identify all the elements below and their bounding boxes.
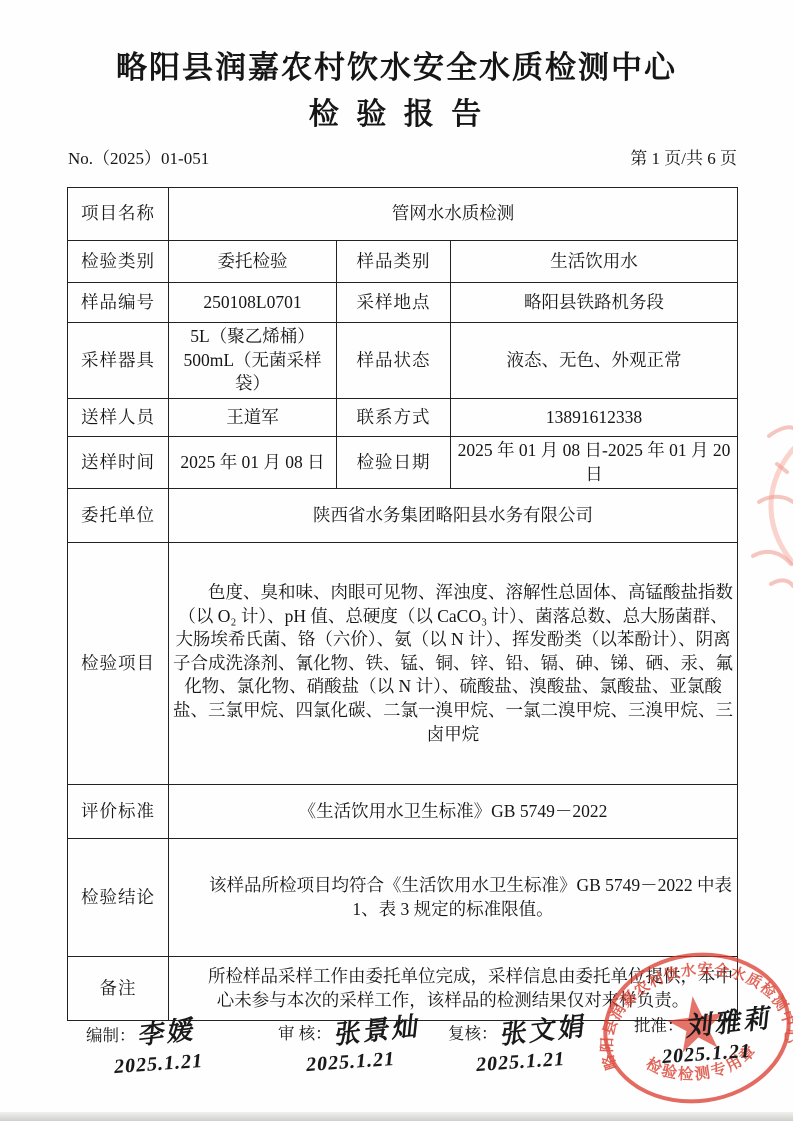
signature-label: 编制： bbox=[86, 1026, 136, 1045]
table-row: 送样人员 王道军 联系方式 13891612338 bbox=[68, 398, 738, 436]
table-row: 检验项目 色度、臭和味、肉眼可见物、浑浊度、溶解性总固体、高锰酸盐指数（以 O₂… bbox=[68, 543, 738, 785]
field-label-send-time: 送样时间 bbox=[68, 436, 169, 488]
table-row: 采样器具 5L（聚乙烯桶） 500mL（无菌采样袋） 样品状态 液态、无色、外观… bbox=[68, 323, 738, 399]
signature-label: 复核： bbox=[448, 1024, 498, 1043]
edge-seal-fragment-icon bbox=[741, 406, 793, 611]
table-row: 样品编号 250108L0701 采样地点 略阳县铁路机务段 bbox=[68, 283, 738, 323]
table-row: 送样时间 2025 年 01 月 08 日 检验日期 2025 年 01 月 0… bbox=[68, 436, 738, 488]
field-value-sampling-site: 略阳县铁路机务段 bbox=[451, 283, 738, 323]
signature-block-audited-by: 审 核：张景灿 2025.1.21 bbox=[278, 1010, 422, 1074]
signature-date: 2025.1.21 bbox=[661, 1040, 752, 1069]
report-page: 略阳县润嘉农村饮水安全水质检测中心 检 验 报 告 No.（2025）01-05… bbox=[0, 0, 793, 1121]
field-value-items: 色度、臭和味、肉眼可见物、浑浊度、溶解性总固体、高锰酸盐指数（以 O₂ 计）、p… bbox=[169, 543, 738, 785]
field-label-sample-no: 样品编号 bbox=[68, 283, 169, 323]
field-value-sample-state: 液态、无色、外观正常 bbox=[451, 323, 738, 399]
signature-name: 张文娟 bbox=[499, 1005, 589, 1052]
field-label-sample-state: 样品状态 bbox=[337, 323, 451, 399]
field-value-sample-no: 250108L0701 bbox=[169, 283, 337, 323]
center-name: 略阳县润嘉农村饮水安全水质检测中心 bbox=[0, 42, 793, 87]
report-table: 项目名称 管网水水质检测 检验类别 委托检验 样品类别 生活饮用水 样品编号 2… bbox=[67, 187, 738, 1021]
doc-meta-row: No.（2025）01-051 第 1 页/共 6 页 bbox=[68, 144, 737, 169]
field-value-client: 陕西省水务集团略阳县水务有限公司 bbox=[169, 489, 738, 543]
field-value-contact: 13891612338 bbox=[451, 398, 738, 436]
field-value-conclusion: 该样品所检项目均符合《生活饮用水卫生标准》GB 5749－2022 中表 1、表… bbox=[169, 839, 738, 957]
field-label-contact: 联系方式 bbox=[337, 398, 451, 436]
signature-block-approved-by: 批准：刘雅莉 2025.1.21 bbox=[634, 1002, 774, 1066]
field-value-sampling-tools: 5L（聚乙烯桶） 500mL（无菌采样袋） bbox=[169, 323, 337, 399]
signature-block-prepared-by: 编制：李媛 2025.1.21 bbox=[86, 1012, 203, 1076]
signature-name: 刘雅莉 bbox=[685, 997, 775, 1044]
field-value-inspection-type: 委托检验 bbox=[169, 241, 337, 283]
field-value-sender: 王道军 bbox=[169, 398, 337, 436]
signature-date: 2025.1.21 bbox=[305, 1048, 396, 1077]
signature-label: 批准： bbox=[634, 1016, 684, 1035]
field-label-items: 检验项目 bbox=[68, 543, 169, 785]
signature-name: 张景灿 bbox=[333, 1005, 423, 1052]
field-label-client: 委托单位 bbox=[68, 489, 169, 543]
field-value-project-name: 管网水水质检测 bbox=[169, 188, 738, 241]
signature-block-rechecked-by: 复核：张文娟 2025.1.21 bbox=[448, 1010, 588, 1074]
table-row: 委托单位 陕西省水务集团略阳县水务有限公司 bbox=[68, 489, 738, 543]
signature-date: 2025.1.21 bbox=[475, 1048, 566, 1077]
signature-name: 李媛 bbox=[137, 1009, 199, 1053]
field-value-test-date: 2025 年 01 月 08 日-2025 年 01 月 20 日 bbox=[451, 436, 738, 488]
field-label-sampling-site: 采样地点 bbox=[337, 283, 451, 323]
field-label-standard: 评价标准 bbox=[68, 785, 169, 839]
table-row: 评价标准 《生活饮用水卫生标准》GB 5749－2022 bbox=[68, 785, 738, 839]
field-label-sample-type: 样品类别 bbox=[337, 241, 451, 283]
page-number: 第 1 页/共 6 页 bbox=[630, 144, 737, 169]
field-value-standard: 《生活饮用水卫生标准》GB 5749－2022 bbox=[169, 785, 738, 839]
field-label-sender: 送样人员 bbox=[68, 398, 169, 436]
table-row: 项目名称 管网水水质检测 bbox=[68, 188, 738, 241]
signature-label: 审 核： bbox=[278, 1024, 332, 1043]
scan-edge bbox=[0, 1112, 793, 1121]
table-row: 检验类别 委托检验 样品类别 生活饮用水 bbox=[68, 241, 738, 283]
doc-number: No.（2025）01-051 bbox=[68, 144, 209, 169]
field-label-project-name: 项目名称 bbox=[68, 188, 169, 241]
signature-date: 2025.1.21 bbox=[113, 1050, 204, 1079]
table-row: 检验结论 该样品所检项目均符合《生活饮用水卫生标准》GB 5749－2022 中… bbox=[68, 839, 738, 957]
field-label-sampling-tools: 采样器具 bbox=[68, 323, 169, 399]
field-value-send-time: 2025 年 01 月 08 日 bbox=[169, 436, 337, 488]
field-value-sample-type: 生活饮用水 bbox=[451, 241, 738, 283]
field-label-test-date: 检验日期 bbox=[337, 436, 451, 488]
report-title: 检 验 报 告 bbox=[0, 89, 793, 133]
field-label-inspection-type: 检验类别 bbox=[68, 241, 169, 283]
field-label-conclusion: 检验结论 bbox=[68, 839, 169, 957]
